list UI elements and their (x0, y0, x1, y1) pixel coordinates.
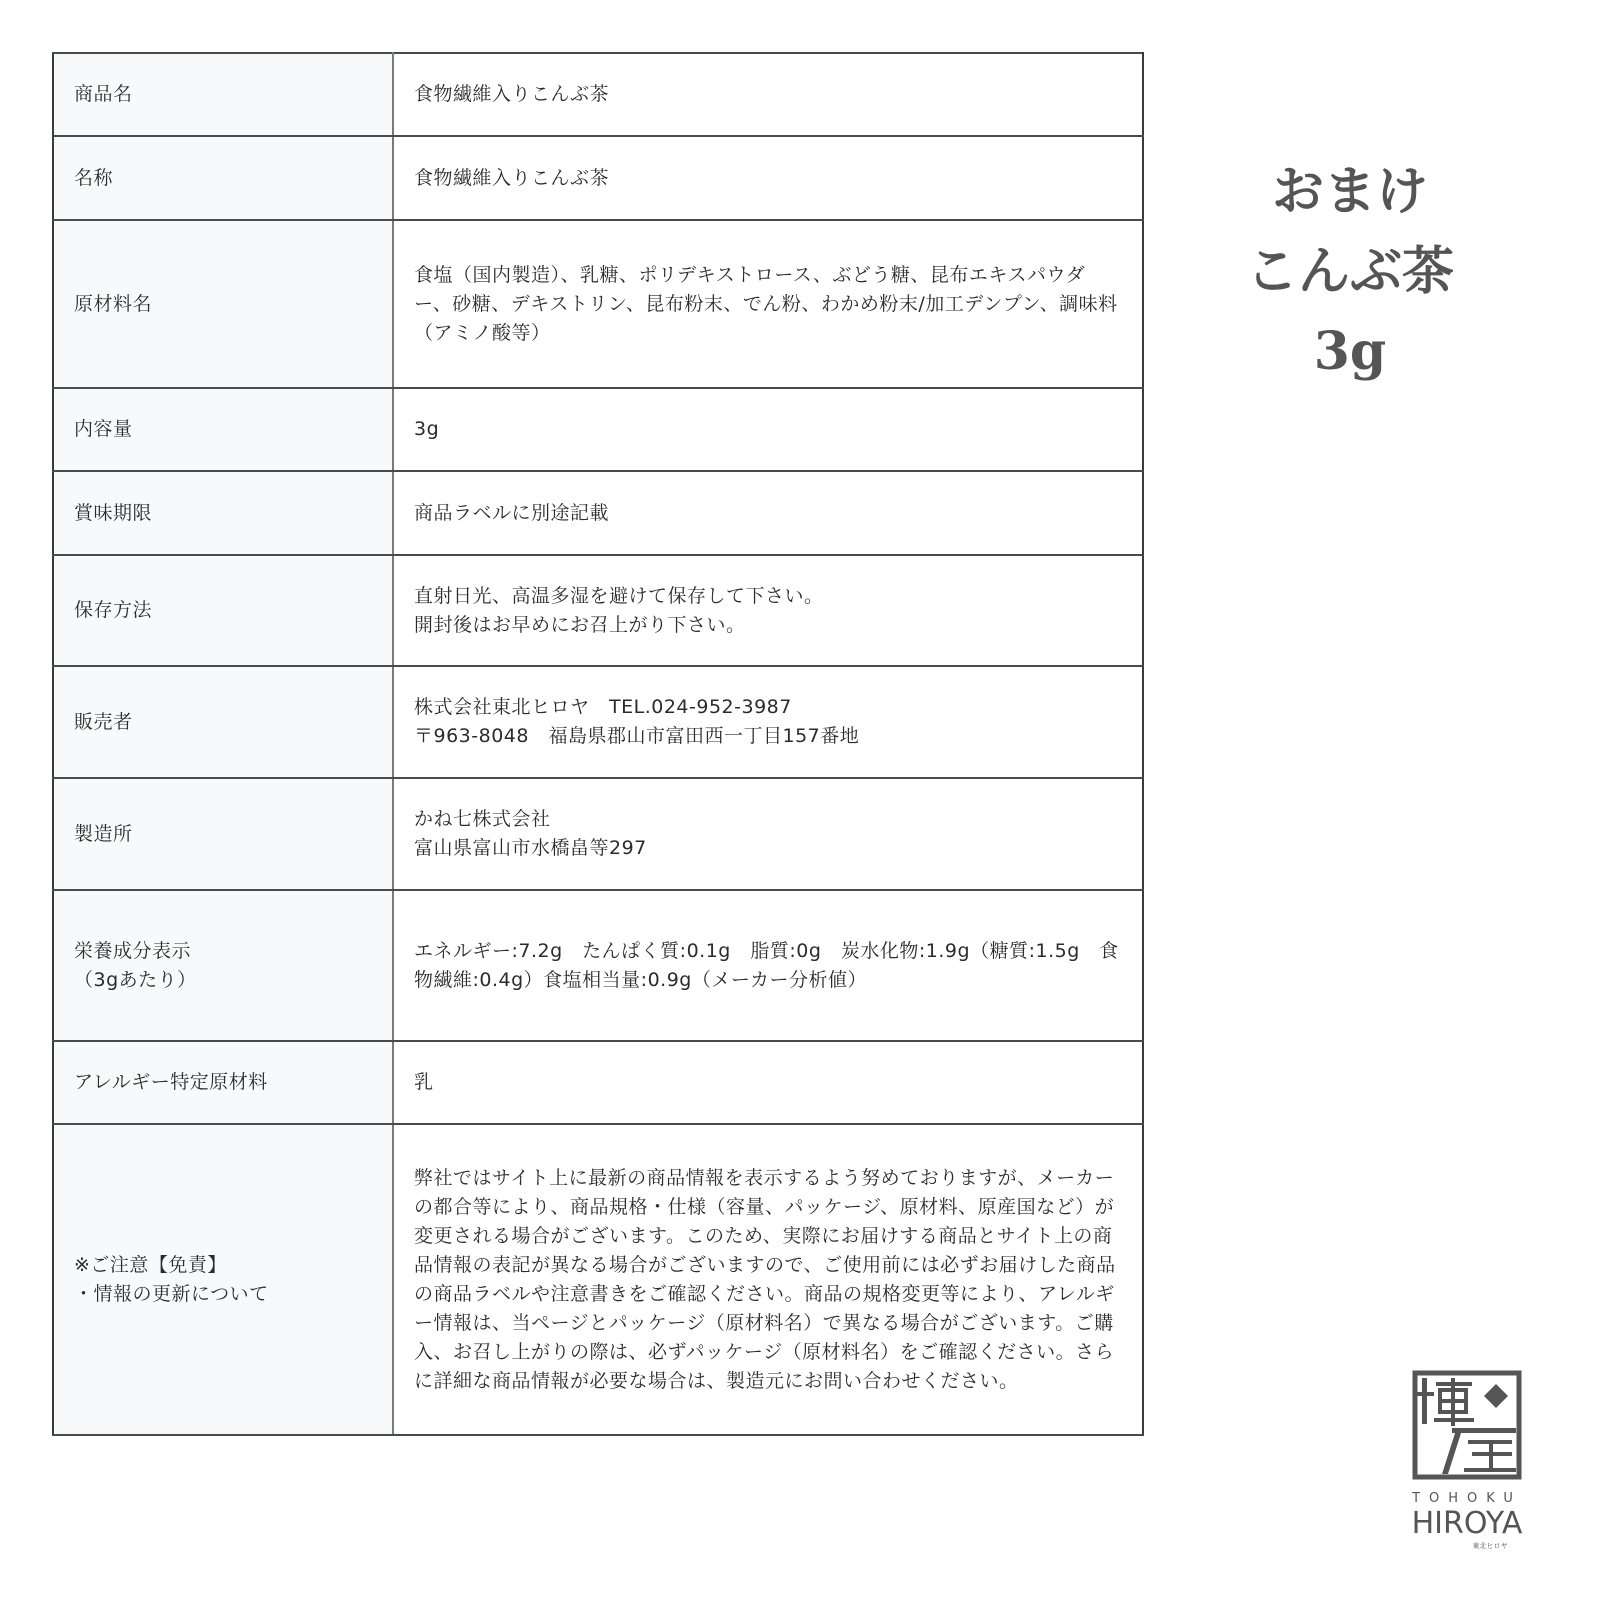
spec-value: 食塩（国内製造）、乳糖、ポリデキストロース、ぶどう糖、昆布エキスパウダー、砂糖、… (393, 220, 1143, 388)
spec-row: 原材料名食塩（国内製造）、乳糖、ポリデキストロース、ぶどう糖、昆布エキスパウダー… (53, 220, 1143, 388)
tohoku-hiroya-logo: TOHOKU HIROYA 東北ヒロヤ (1412, 1370, 1524, 1570)
spec-row: 名称食物繊維入りこんぶ茶 (53, 136, 1143, 220)
spec-label: 栄養成分表示（3gあたり） (53, 890, 393, 1041)
spec-label: 賞味期限 (53, 471, 393, 555)
spec-label: 内容量 (53, 388, 393, 471)
spec-value-line: 乳 (414, 1068, 1122, 1097)
spec-value-line: 開封後はお早めにお召上がり下さい。 (414, 611, 1122, 640)
spec-label: 名称 (53, 136, 393, 220)
omake-title: おまけ こんぶ茶 3g (1230, 152, 1470, 392)
spec-row: 販売者株式会社東北ヒロヤ TEL.024-952-3987〒963-8048 福… (53, 666, 1143, 778)
spec-label-line: （3gあたり） (74, 966, 372, 995)
spec-row: 製造所かね七株式会社富山県富山市水橋畠等297 (53, 778, 1143, 890)
spec-label-line: 賞味期限 (74, 499, 372, 528)
spec-value-line: 弊社ではサイト上に最新の商品情報を表示するよう努めておりますが、メーカーの都合等… (414, 1164, 1122, 1396)
spec-row: ※ご注意【免責】・情報の更新について弊社ではサイト上に最新の商品情報を表示するよ… (53, 1124, 1143, 1435)
spec-table-body: 商品名食物繊維入りこんぶ茶名称食物繊維入りこんぶ茶原材料名食塩（国内製造）、乳糖… (53, 53, 1143, 1435)
spec-label-line: ・情報の更新について (74, 1280, 372, 1309)
spec-value: かね七株式会社富山県富山市水橋畠等297 (393, 778, 1143, 890)
spec-value: 食物繊維入りこんぶ茶 (393, 136, 1143, 220)
spec-label: 販売者 (53, 666, 393, 778)
spec-value: 3g (393, 388, 1143, 471)
spec-label-line: ※ご注意【免責】 (74, 1251, 372, 1280)
spec-value-line: 食物繊維入りこんぶ茶 (414, 164, 1122, 193)
spec-value: 弊社ではサイト上に最新の商品情報を表示するよう努めておりますが、メーカーの都合等… (393, 1124, 1143, 1435)
spec-label-line: 商品名 (74, 80, 372, 109)
spec-value-line: 株式会社東北ヒロヤ TEL.024-952-3987 (414, 693, 1122, 722)
svg-text:HIROYA: HIROYA (1412, 1506, 1523, 1541)
spec-value-line: 食物繊維入りこんぶ茶 (414, 80, 1122, 109)
spec-value: 乳 (393, 1041, 1143, 1124)
spec-value: 直射日光、高温多湿を避けて保存して下さい。開封後はお早めにお召上がり下さい。 (393, 555, 1143, 666)
spec-label: 商品名 (53, 53, 393, 136)
spec-value: 商品ラベルに別途記載 (393, 471, 1143, 555)
spec-label: ※ご注意【免責】・情報の更新について (53, 1124, 393, 1435)
spec-value-line: 3g (414, 415, 1122, 444)
spec-label-line: 販売者 (74, 708, 372, 737)
spec-label-line: 名称 (74, 164, 372, 193)
spec-row: 内容量3g (53, 388, 1143, 471)
spec-label-line: 原材料名 (74, 290, 372, 319)
spec-value-line: 商品ラベルに別途記載 (414, 499, 1122, 528)
spec-label-line: 製造所 (74, 820, 372, 849)
spec-label: 製造所 (53, 778, 393, 890)
spec-row: アレルギー特定原材料乳 (53, 1041, 1143, 1124)
spec-label-line: 内容量 (74, 415, 372, 444)
omake-title-line3: 3g (1230, 312, 1470, 392)
spec-value-line: かね七株式会社 (414, 805, 1122, 834)
spec-label-line: アレルギー特定原材料 (74, 1068, 372, 1097)
spec-value-line: 直射日光、高温多湿を避けて保存して下さい。 (414, 582, 1122, 611)
spec-value-line: 食塩（国内製造）、乳糖、ポリデキストロース、ぶどう糖、昆布エキスパウダー、砂糖、… (414, 261, 1122, 348)
spec-row: 賞味期限商品ラベルに別途記載 (53, 471, 1143, 555)
spec-value-line: 富山県富山市水橋畠等297 (414, 834, 1122, 863)
svg-text:東北ヒロヤ: 東北ヒロヤ (1473, 1541, 1508, 1550)
spec-value: 食物繊維入りこんぶ茶 (393, 53, 1143, 136)
omake-title-line2: こんぶ茶 (1230, 232, 1470, 312)
spec-value: エネルギー:7.2g たんぱく質:0.1g 脂質:0g 炭水化物:1.9g（糖質… (393, 890, 1143, 1041)
spec-label-line: 栄養成分表示 (74, 937, 372, 966)
spec-value-line: エネルギー:7.2g たんぱく質:0.1g 脂質:0g 炭水化物:1.9g（糖質… (414, 937, 1122, 995)
spec-label: アレルギー特定原材料 (53, 1041, 393, 1124)
spec-row: 栄養成分表示（3gあたり）エネルギー:7.2g たんぱく質:0.1g 脂質:0g… (53, 890, 1143, 1041)
spec-row: 保存方法直射日光、高温多湿を避けて保存して下さい。開封後はお早めにお召上がり下さ… (53, 555, 1143, 666)
spec-value: 株式会社東北ヒロヤ TEL.024-952-3987〒963-8048 福島県郡… (393, 666, 1143, 778)
hiroya-logo-mark-icon: TOHOKU HIROYA 東北ヒロヤ (1412, 1370, 1524, 1570)
spec-row: 商品名食物繊維入りこんぶ茶 (53, 53, 1143, 136)
product-spec-table: 商品名食物繊維入りこんぶ茶名称食物繊維入りこんぶ茶原材料名食塩（国内製造）、乳糖… (52, 52, 1144, 1436)
spec-label: 保存方法 (53, 555, 393, 666)
spec-label-line: 保存方法 (74, 596, 372, 625)
spec-label: 原材料名 (53, 220, 393, 388)
omake-title-line1: おまけ (1230, 152, 1470, 232)
spec-value-line: 〒963-8048 福島県郡山市富田西一丁目157番地 (414, 722, 1122, 751)
svg-text:TOHOKU: TOHOKU (1412, 1491, 1522, 1506)
